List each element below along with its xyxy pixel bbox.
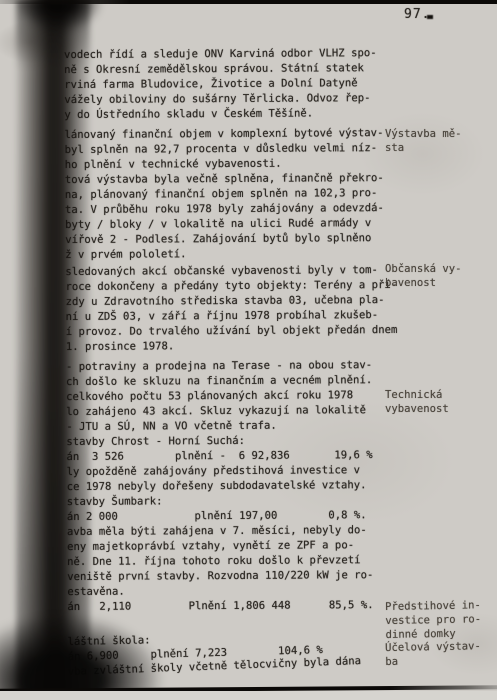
margin-note-line: ba [385,653,481,669]
margin-note: Předstihové in-vestice pro ro-dinné domk… [385,598,481,642]
scan-speck [427,15,433,19]
document-page: 97. vodech řídí a sleduje ONV Karviná od… [0,0,497,700]
margin-note: Výstavba mě-sta [385,127,462,155]
text-line: avba měla býti zahájena v 7. měsíci, neb… [67,523,412,540]
margin-note: Technickávybavenost [385,388,449,416]
text-line: 1. prosince 1978. [66,338,411,355]
margin-note-line: Technická [385,388,449,402]
margin-note: Účelová výstav-ba [385,639,481,669]
margin-note-line: Účelová výstav- [385,639,481,655]
margin-note-line: Výstavba mě- [385,127,462,141]
margin-note-line: Občanská vy- [385,262,462,276]
text-line: ch došlo ke skluzu na finančním a vecném… [66,373,411,390]
text-line: ž v prvém pololetí. [65,246,410,263]
margin-note-line: vestice pro ro- [385,612,481,628]
text-line: án 2,110 Plnění 1,806 448 85,5 %. [67,598,412,615]
margin-note-line: vybavenost [385,402,449,416]
binding-shadow [16,0,90,700]
typewritten-text: vodech řídí a sleduje ONV Karviná odbor … [64,46,413,680]
text-line: vážely obiloviny do sušárny Těrlicka. Od… [64,91,409,108]
margin-note-line: sta [385,141,462,155]
text-line: í provoz. Do trvalého užívání byl objekt… [66,323,411,340]
scan-bottom-margin [0,691,497,700]
margin-note-line: bavenost [385,276,462,290]
text-line: veniště první stavby. Rozvodna 110/220 k… [67,568,412,585]
scan-top-edge [0,0,497,4]
text-line: y do Ústředního skladu v Českém Těšíně. [64,106,409,123]
text-line: byl splněn na 92,7 procenta v důsledku v… [65,141,410,158]
margin-note: Občanská vy-bavenost [385,262,462,290]
text-line: lo zahájeno 43 akcí. Skluz vykazují na l… [66,403,411,420]
text-line: ce 1978 nebyly dořešeny subdodavatelské … [67,478,412,495]
text-line: vířově 2 - Podlesí. Zahájování bytů bylo… [65,231,410,248]
